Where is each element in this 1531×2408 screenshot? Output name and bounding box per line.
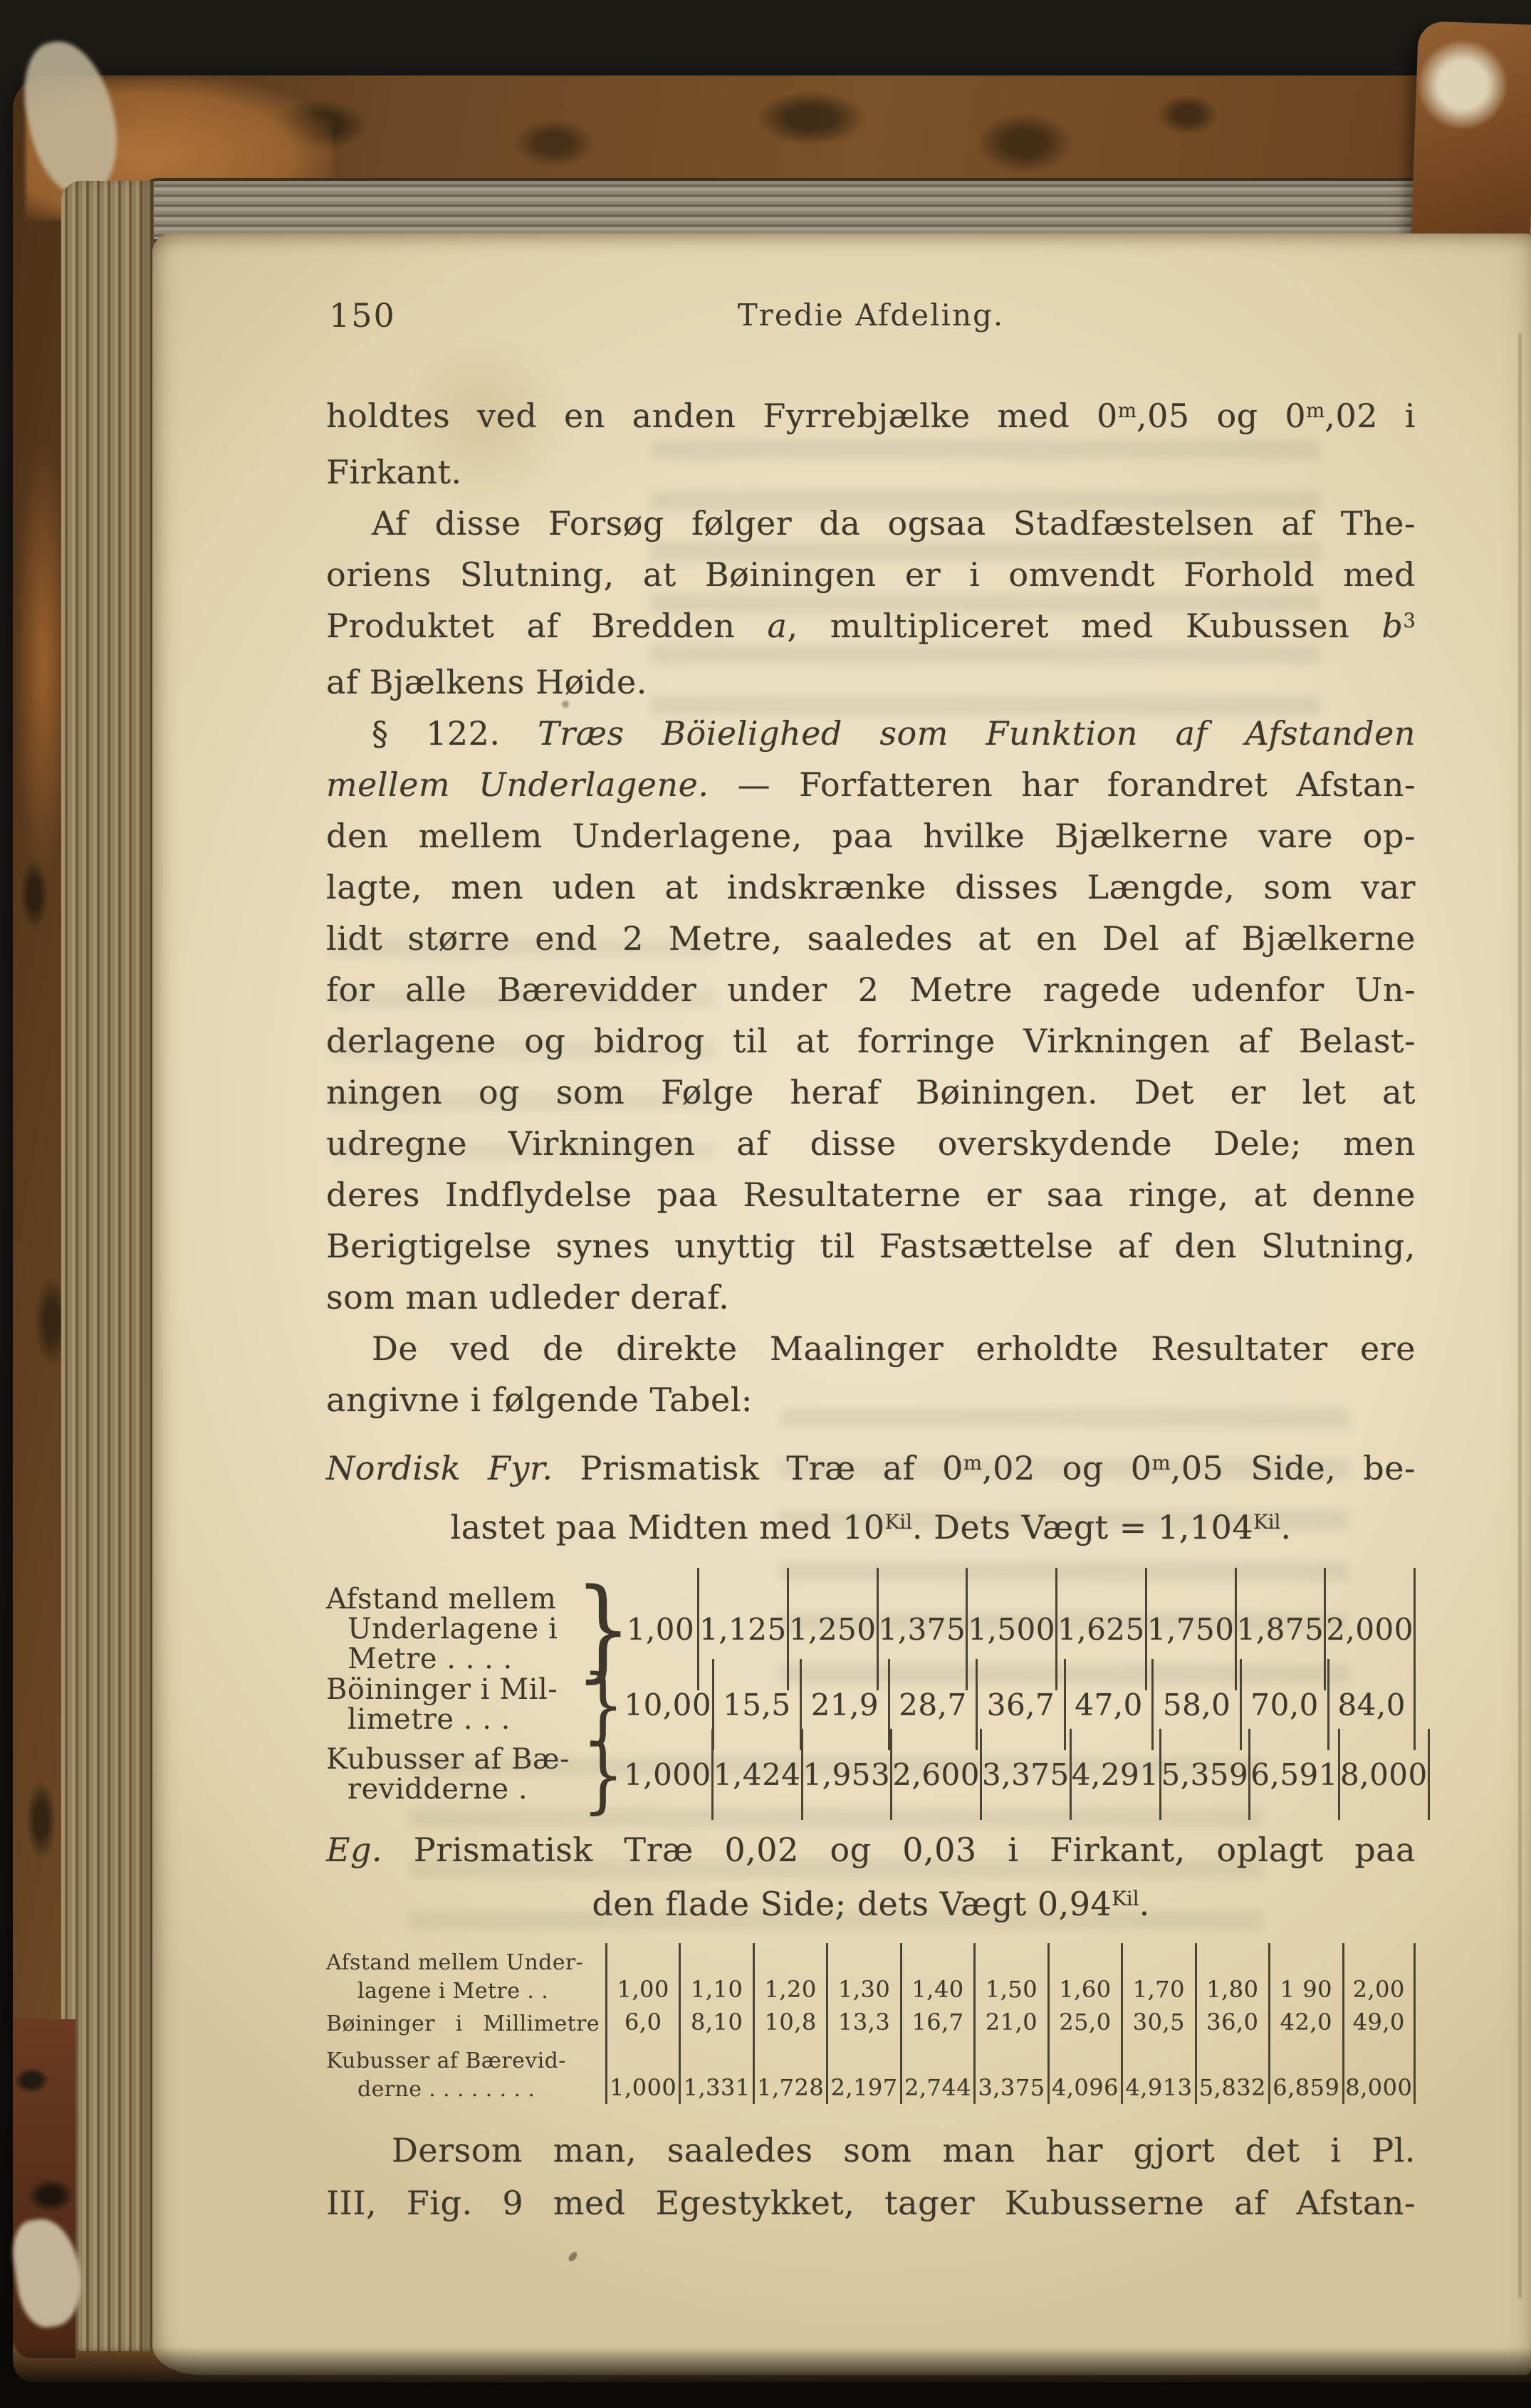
table-cell: 6,859	[1268, 2038, 1342, 2104]
ink-speck	[567, 2251, 579, 2263]
table-cell: 1,728	[753, 2038, 826, 2104]
table-nordisk-fyr: Afstand mellem Underlagene i Metre . . .…	[326, 1568, 1416, 1799]
table2-heading: Eg. Prismatisk Træ 0,02 og 0,03 i Firkan…	[326, 1823, 1416, 1936]
table-cell: 8,000	[1342, 2038, 1416, 2104]
text-segment: ,02 i	[1324, 397, 1416, 435]
text-segment: . Dets Vægt = 1,104	[912, 1508, 1253, 1546]
table-cell: 36,0	[1195, 2006, 1268, 2038]
body-line: lidt større end 2 Metre, saaledes at en …	[326, 913, 1416, 964]
table-cell: 6,0	[605, 2006, 679, 2038]
table-cell: 21,0	[973, 2006, 1047, 2038]
photo-frame: 150 Tredie Afdeling. holdtes ved en ande…	[0, 0, 1531, 2408]
table-cell: 6,591	[1248, 1729, 1338, 1820]
table1-heading-line: Nordisk Fyr. Prismatisk Træ af 0m,02 og …	[326, 1441, 1416, 1500]
table-cell: 49,0	[1342, 2006, 1416, 2038]
table-row: Kubusser af Bæ- revidderne . } 1,000 1,4…	[326, 1729, 1416, 1799]
text-segment: .	[1280, 1508, 1291, 1546]
row-label-line: Kubusser af Bæ-	[326, 1744, 582, 1774]
body-line: Dersom man, saaledes som man har gjort d…	[326, 2124, 1416, 2177]
page-number: 150	[329, 296, 396, 335]
table-cell: 3,375	[973, 2038, 1047, 2104]
running-title: Tredie Afdeling.	[738, 298, 1005, 333]
superscript: m	[963, 1451, 982, 1475]
table-cell: 1,424	[711, 1729, 801, 1820]
table-cell: 1,50	[973, 1943, 1047, 2006]
table-cell: 5,832	[1195, 2038, 1268, 2104]
row-label-line: Böininger i Mil-	[326, 1675, 582, 1705]
table-cell: 2,197	[826, 2038, 899, 2104]
table-cell: 1,70	[1121, 1943, 1194, 2006]
table-cell: 1,10	[679, 1943, 752, 2006]
table-cell: 1,60	[1047, 1943, 1121, 2006]
body-line: De ved de direkte Maalinger erholdte Res…	[326, 1323, 1416, 1374]
table-cell: 5,359	[1159, 1729, 1249, 1820]
table-cell: 2,00	[1342, 1943, 1416, 2006]
text-segment: Prismatisk Træ 0,02 og 0,03 i Firkant, o…	[382, 1831, 1416, 1869]
text-segment: ,05 Side, be-	[1171, 1449, 1416, 1487]
text-segment: Prismatisk Træ af 0	[553, 1449, 963, 1487]
table-cell: 2,744	[900, 2038, 973, 2104]
table1-heading-line: lastet paa Midten med 10Kil. Dets Vægt =…	[326, 1500, 1416, 1559]
body-line: ningen og som Følge heraf Bøiningen. Det…	[326, 1067, 1416, 1118]
body-line: mellem Underlagene. — Forfatteren har fo…	[326, 759, 1416, 810]
row-label-line: lagene i Metre . .	[326, 1977, 605, 2006]
superscript: Kil	[1112, 1887, 1139, 1910]
brace-icon: }	[582, 1729, 624, 1820]
body-line: den mellem Underlagene, paa hvilke Bjælk…	[326, 810, 1416, 862]
table-cell: 30,5	[1121, 2006, 1194, 2038]
superscript: m	[1118, 399, 1137, 422]
section-title-italic: Træs Böielighed som Funktion af Afstande…	[538, 714, 1416, 753]
table2-heading-line: Eg. Prismatisk Træ 0,02 og 0,03 i Firkan…	[326, 1823, 1416, 1877]
table-cell: 10,8	[753, 2006, 826, 2038]
table-cell: 1,331	[679, 2038, 752, 2104]
page-edges-top	[142, 178, 1531, 239]
row-label: Kubusser af Bærevid- derne . . . . . . .…	[326, 2038, 605, 2104]
table-cell: 8,000	[1338, 1729, 1430, 1820]
body-line: lagte, men uden at indskrænke disses Læn…	[326, 862, 1416, 913]
table-cell: 42,0	[1268, 2006, 1342, 2038]
text-segment: — Forfatteren har forandret Afstan-	[709, 765, 1416, 804]
text-segment: .	[1139, 1885, 1150, 1923]
table-cell: 1,40	[900, 1943, 973, 2006]
table-cell: 8,10	[679, 2006, 752, 2038]
row-label: Kubusser af Bæ- revidderne .	[326, 1729, 582, 1820]
table-row: Afstand mellem Under- lagene i Metre . .…	[326, 1943, 1416, 2006]
body-line: derlagene og bidrog til at forringe Virk…	[326, 1015, 1416, 1067]
table-row: Böininger i Mil- limetre . . . } 10,00 1…	[326, 1659, 1416, 1729]
body-text: holdtes ved en anden Fyrrebjælke med 0m,…	[326, 390, 1416, 1425]
row-label-line: Kubusser af Bærevid-	[326, 2047, 605, 2075]
page-header: 150 Tredie Afdeling.	[326, 290, 1416, 336]
body-line: angivne i følgende Tabel:	[326, 1374, 1416, 1425]
superscript: Kil	[885, 1510, 912, 1534]
body-line: udregne Virkningen af disse overskydende…	[326, 1118, 1416, 1169]
body-line: for alle Bærevidder under 2 Metre ragede…	[326, 964, 1416, 1015]
table-cell: 13,3	[826, 2006, 899, 2038]
row-label-line: derne . . . . . . . .	[326, 2075, 605, 2104]
table-cell: 1,000	[624, 1729, 711, 1820]
row-label-line: Afstand mellem	[326, 1584, 582, 1614]
species-name-italic: Nordisk Fyr.	[326, 1449, 553, 1487]
table-cell: 16,7	[900, 2006, 973, 2038]
row-label-line: Underlagene i	[326, 1614, 582, 1644]
text-segment: den flade Side; dets Vægt 0,94	[592, 1885, 1112, 1923]
page-fore-edge-line	[1518, 333, 1522, 2298]
row-label: Afstand mellem Under- lagene i Metre . .	[326, 1943, 605, 2006]
table-row: Afstand mellem Underlagene i Metre . . .…	[326, 1568, 1416, 1659]
text-segment: ,05 og 0	[1137, 397, 1306, 435]
text-segment: , multipliceret med Kubussen	[787, 607, 1381, 645]
table2-heading-line: den flade Side; dets Vægt 0,94Kil.	[326, 1877, 1416, 1936]
page-content: 150 Tredie Afdeling. holdtes ved en ande…	[326, 290, 1416, 2229]
section-heading-line: § 122. Træs Böielighed som Funktion af A…	[326, 708, 1416, 759]
body-line: Produktet af Bredden a, multipliceret me…	[326, 600, 1416, 656]
superscript: m	[1152, 1451, 1171, 1475]
table-eg: Afstand mellem Under- lagene i Metre . .…	[326, 1943, 1416, 2104]
body-line: Firkant.	[326, 446, 1416, 498]
row-label: Bøininger i Millimetre	[326, 2006, 605, 2038]
superscript: 3	[1403, 609, 1416, 632]
superscript: m	[1306, 399, 1324, 422]
table-cell: 1,00	[605, 1943, 679, 2006]
body-line: deres Indflydelse paa Resultaterne er sa…	[326, 1169, 1416, 1220]
table-cell: 25,0	[1047, 2006, 1121, 2038]
body-line: af Bjælkens Høide.	[326, 656, 1416, 708]
table-cell: 2,600	[890, 1729, 980, 1820]
table-cell: 4,913	[1121, 2038, 1194, 2104]
table-cell: 1,000	[605, 2038, 679, 2104]
table1-heading: Nordisk Fyr. Prismatisk Træ af 0m,02 og …	[326, 1441, 1416, 1559]
table-cell: 4,096	[1047, 2038, 1121, 2104]
table-cell: 1,953	[801, 1729, 891, 1820]
table-cell: 3,375	[980, 1729, 1070, 1820]
table-cell: 4,291	[1070, 1729, 1159, 1820]
photo-bottom-shadow	[0, 2347, 1531, 2408]
text-segment: Produktet af Bredden	[326, 607, 768, 645]
body-line: Af disse Forsøg følger da ogsaa Stadfæst…	[326, 498, 1416, 549]
text-segment: ,02 og 0	[982, 1449, 1151, 1487]
body-line: oriens Slutning, at Bøiningen er i omven…	[326, 549, 1416, 600]
body-line: som man udleder deraf.	[326, 1272, 1416, 1323]
table-cell: 1,80	[1195, 1943, 1268, 2006]
table-row: Bøininger i Millimetre 6,0 8,10 10,8 13,…	[326, 2006, 1416, 2038]
book-page: 150 Tredie Afdeling. holdtes ved en ande…	[152, 234, 1531, 2375]
superscript: Kil	[1253, 1510, 1280, 1534]
closing-paragraph: Dersom man, saaledes som man har gjort d…	[326, 2124, 1416, 2229]
row-label-line: Bøininger i Millimetre	[326, 2010, 605, 2038]
text-segment: holdtes ved en anden Fyrrebjælke med 0	[326, 397, 1118, 435]
body-line: Berigtigelse synes unyttig til Fastsætte…	[326, 1220, 1416, 1272]
text-segment: lastet paa Midten med 10	[451, 1508, 885, 1546]
row-label-line: Afstand mellem Under-	[326, 1949, 605, 1977]
table-cell: 1,30	[826, 1943, 899, 2006]
table-cell: 1 90	[1268, 1943, 1342, 2006]
text-segment-italic: b	[1381, 607, 1403, 645]
table-row: Kubusser af Bærevid- derne . . . . . . .…	[326, 2038, 1416, 2104]
body-line: III, Fig. 9 med Egestykket, tager Kubuss…	[326, 2177, 1416, 2229]
section-number: § 122.	[372, 714, 538, 753]
species-name-italic: Eg.	[326, 1831, 382, 1869]
text-segment-italic: mellem Underlagene.	[326, 765, 709, 804]
text-segment-italic: a	[768, 607, 788, 645]
body-line: holdtes ved en anden Fyrrebjælke med 0m,…	[326, 390, 1416, 446]
table-cell: 1,20	[753, 1943, 826, 2006]
row-label-line: revidderne .	[326, 1774, 582, 1804]
